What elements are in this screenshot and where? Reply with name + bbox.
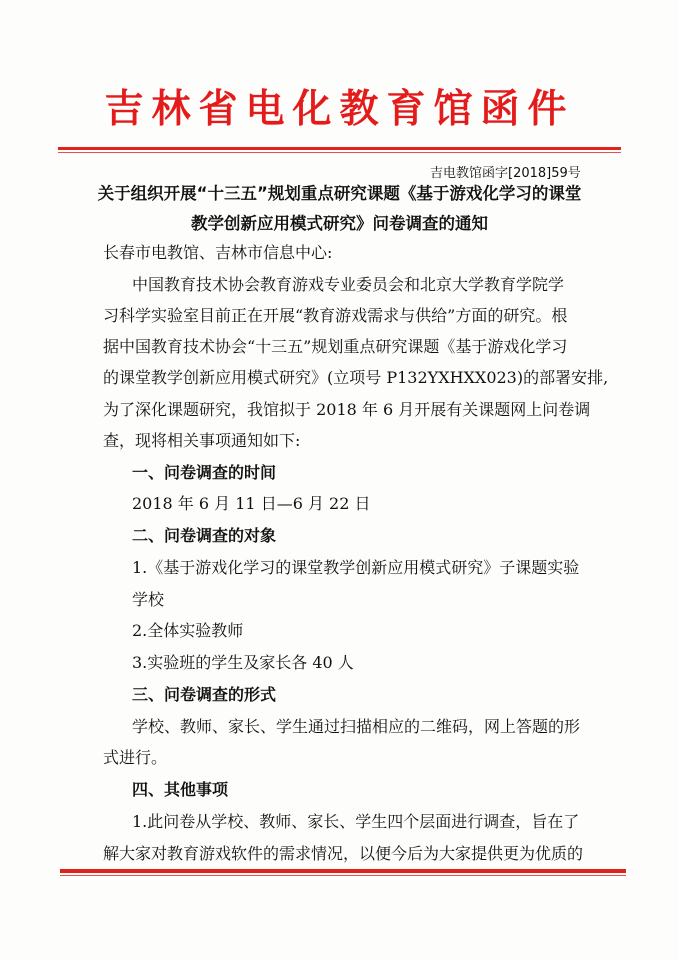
body-line: 查，现将相关事项通知如下: [103,428,300,451]
section-line: 1.《基于游戏化学习的课堂教学创新应用模式研究》子课题实验 [132,555,579,578]
section-line: 1.此问卷从学校、教师、家长、学生四个层面进行调查，旨在了 [132,809,579,832]
section-line: 2018 年 6 月 11 日—6 月 22 日 [132,491,371,514]
section-heading-time: 一、问卷调查的时间 [132,460,276,483]
notice-title-line-1: 关于组织开展“十三五”规划重点研究课题《基于游戏化学习的课堂 [0,180,679,204]
section-line: 3.实验班的学生及家长各 40 人 [132,650,354,673]
body-line: 中国教育技术协会教育游戏专业委员会和北京大学教育学院学 [132,272,564,295]
section-line: 学校 [132,587,164,610]
body-line: 为了深化课题研究，我馆拟于 2018 年 6 月开展有关课题网上问卷调 [103,397,590,420]
document-number: 吉电教馆函字[2018]59号 [430,162,581,181]
section-heading-other: 四、其他事项 [132,777,228,800]
body-line: 的课堂教学创新应用模式研究》(立项号 P132YXHXX023)的部署安排, [103,365,608,388]
section-line: 式进行。 [103,745,167,768]
top-red-rule [58,147,621,153]
body-line: 习科学实验室目前正在开展“教育游戏需求与供给”方面的研究。根 [103,303,567,326]
section-heading-targets: 二、问卷调查的对象 [132,523,276,546]
masthead-title: 吉林省电化教育馆函件 [0,78,679,134]
notice-title-line-2: 教学创新应用模式研究》问卷调查的通知 [0,210,679,234]
body-line: 据中国教育技术协会“十三五”规划重点研究课题《基于游戏化学习 [103,334,567,357]
recipient-line: 长春市电教馆、吉林市信息中心: [103,240,332,263]
bottom-red-rule [60,869,626,876]
section-line: 解大家对教育游戏软件的需求情况，以便今后为大家提供更为优质的 [103,841,583,864]
section-line: 学校、教师、家长、学生通过扫描相应的二维码，网上答题的形 [132,714,580,737]
section-line: 2.全体实验教师 [132,618,243,641]
document-page: 吉林省电化教育馆函件 吉电教馆函字[2018]59号 关于组织开展“十三五”规划… [0,0,679,960]
section-heading-format: 三、问卷调查的形式 [132,682,276,705]
